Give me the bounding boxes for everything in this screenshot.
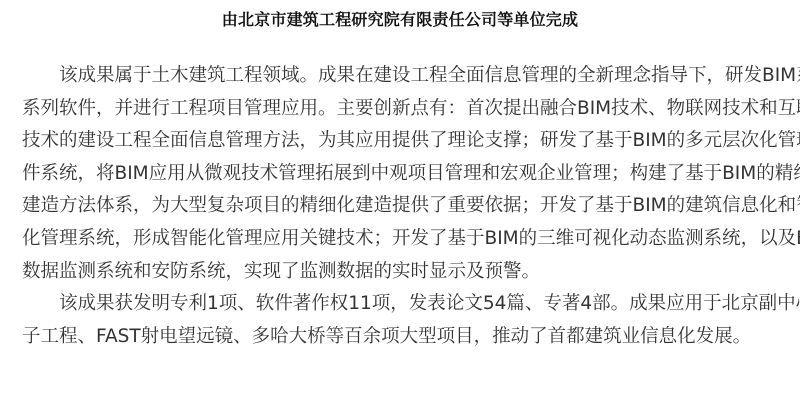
document-body: 该成果属于土木建筑工程领域。成果在建设工程全面信息管理的全新理念指导下，研发BI… bbox=[22, 60, 778, 353]
paragraph-line: 该成果获发明专利1项、软件著作权11项，发表论文54篇、专著4部。成果应用于北京… bbox=[22, 288, 778, 321]
paragraph-line: 建造方法体系，为大型复杂项目的精细化建造提供了重要依据；开发了基于BIM的建筑信… bbox=[22, 190, 778, 223]
paragraph-line: 技术的建设工程全面信息管理方法，为其应用提供了理论支撑；研发了基于BIM的多元层… bbox=[22, 125, 778, 158]
paragraph-line: 化管理系统，形成智能化管理应用关键技术；开发了基于BIM的三维可视化动态监测系统… bbox=[22, 223, 778, 256]
paragraph-2: 该成果获发明专利1项、软件著作权11项，发表论文54篇、专著4部。成果应用于北京… bbox=[22, 288, 778, 353]
paragraph-line: 数据监测系统和安防系统，实现了监测数据的实时显示及预警。 bbox=[22, 256, 778, 289]
paragraph-line: 系列软件，并进行工程项目管理应用。主要创新点有：首次提出融合BIM技术、物联网技… bbox=[22, 93, 778, 126]
document-title: 由北京市建筑工程研究院有限责任公司等单位完成 bbox=[0, 10, 800, 30]
paragraph-line: 该成果属于土木建筑工程领域。成果在建设工程全面信息管理的全新理念指导下，研发BI… bbox=[22, 60, 778, 93]
paragraph-1: 该成果属于土木建筑工程领域。成果在建设工程全面信息管理的全新理念指导下，研发BI… bbox=[22, 60, 778, 288]
paragraph-line: 件系统，将BIM应用从微观技术管理拓展到中观项目管理和宏观企业管理；构建了基于B… bbox=[22, 158, 778, 191]
paragraph-line: 子工程、FAST射电望远镜、多哈大桥等百余项大型项目，推动了首都建筑业信息化发展… bbox=[22, 321, 778, 354]
